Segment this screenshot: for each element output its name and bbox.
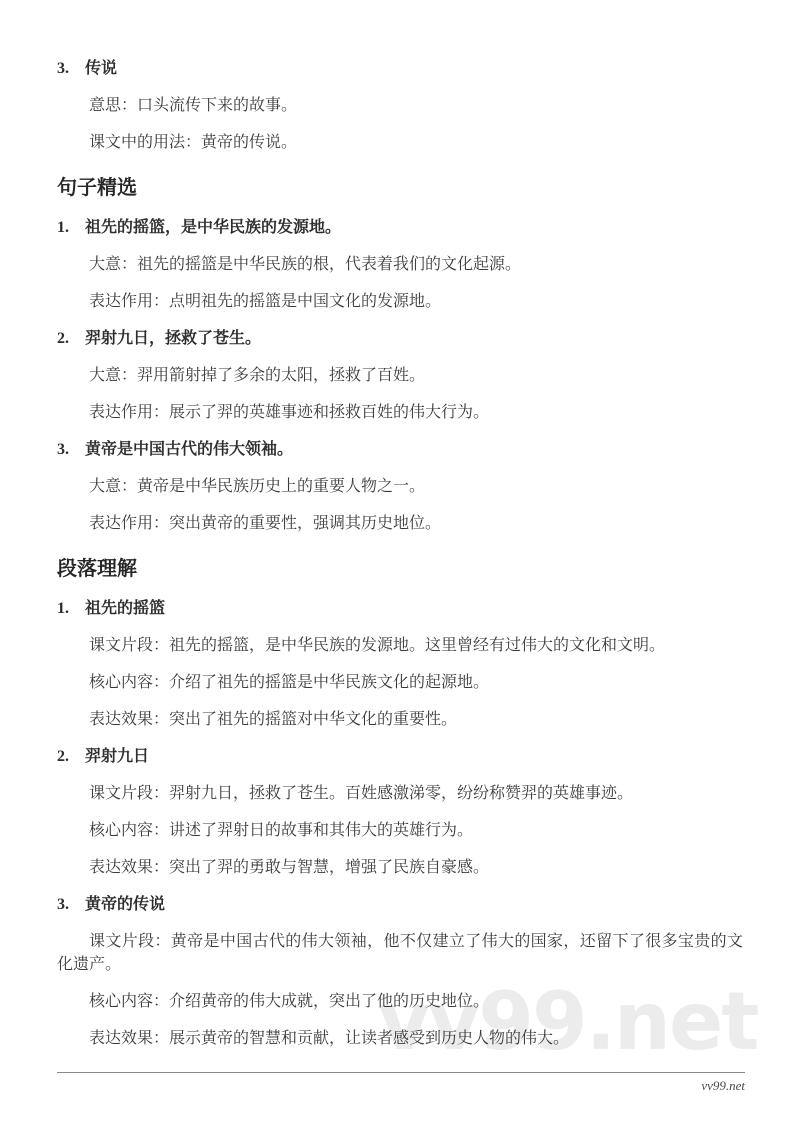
sentence-item-title: 1.祖先的摇篮，是中华民族的发源地。 bbox=[57, 216, 743, 239]
document-content: 3.传说 意思：口头流传下来的故事。 课文中的用法：黄帝的传说。 句子精选 1.… bbox=[0, 0, 800, 1050]
paragraph-item-title: 2.羿射九日 bbox=[57, 745, 743, 768]
sentence-title: 祖先的摇篮，是中华民族的发源地。 bbox=[85, 219, 341, 236]
section-heading-sentences: 句子精选 bbox=[57, 174, 743, 202]
paragraph-title: 黄帝的传说 bbox=[85, 896, 165, 913]
paragraph-item-title: 1.祖先的摇篮 bbox=[57, 597, 743, 620]
sentence-item-title: 2.羿射九日，拯救了苍生。 bbox=[57, 327, 743, 350]
footer-site-label: vv99.net bbox=[701, 1078, 745, 1094]
paragraph-excerpt: 课文片段：羿射九日，拯救了苍生。百姓感激涕零，纷纷称赞羿的英雄事迹。 bbox=[57, 782, 743, 805]
sentence-item-title: 3.黄帝是中国古代的伟大领袖。 bbox=[57, 438, 743, 461]
vocab-item-number: 3. bbox=[57, 57, 85, 80]
sentence-gist: 大意：黄帝是中华民族历史上的重要人物之一。 bbox=[57, 475, 743, 498]
paragraph-excerpt: 课文片段：祖先的摇篮，是中华民族的发源地。这里曾经有过伟大的文化和文明。 bbox=[57, 634, 743, 657]
paragraph-item-title: 3.黄帝的传说 bbox=[57, 893, 743, 916]
vocab-meaning: 意思：口头流传下来的故事。 bbox=[57, 94, 743, 117]
footer-divider bbox=[57, 1072, 745, 1073]
sentence-effect: 表达作用：点明祖先的摇篮是中国文化的发源地。 bbox=[57, 290, 743, 313]
sentence-title: 黄帝是中国古代的伟大领袖。 bbox=[85, 441, 293, 458]
item-number: 1. bbox=[57, 216, 85, 239]
sentence-gist: 大意：祖先的摇篮是中华民族的根，代表着我们的文化起源。 bbox=[57, 253, 743, 276]
paragraph-core: 核心内容：介绍了祖先的摇篮是中华民族文化的起源地。 bbox=[57, 671, 743, 694]
item-number: 2. bbox=[57, 745, 85, 768]
paragraph-title: 祖先的摇篮 bbox=[85, 600, 165, 617]
paragraph-excerpt: 课文片段：黄帝是中国古代的伟大领袖，他不仅建立了伟大的国家，还留下了很多宝贵的文… bbox=[57, 930, 743, 976]
paragraph-title: 羿射九日 bbox=[85, 748, 149, 765]
paragraph-core: 核心内容：讲述了羿射日的故事和其伟大的英雄行为。 bbox=[57, 819, 743, 842]
item-number: 3. bbox=[57, 438, 85, 461]
paragraph-effect: 表达效果：突出了羿的勇敢与智慧，增强了民族自豪感。 bbox=[57, 856, 743, 879]
sentence-effect: 表达作用：展示了羿的英雄事迹和拯救百姓的伟大行为。 bbox=[57, 401, 743, 424]
section-heading-paragraphs: 段落理解 bbox=[57, 555, 743, 583]
vocab-item-title: 3.传说 bbox=[57, 57, 743, 80]
sentence-gist: 大意：羿用箭射掉了多余的太阳，拯救了百姓。 bbox=[57, 364, 743, 387]
paragraph-effect: 表达效果：突出了祖先的摇篮对中华文化的重要性。 bbox=[57, 708, 743, 731]
item-number: 1. bbox=[57, 597, 85, 620]
vocab-term: 传说 bbox=[85, 60, 117, 77]
vocab-usage: 课文中的用法：黄帝的传说。 bbox=[57, 131, 743, 154]
item-number: 3. bbox=[57, 893, 85, 916]
sentence-title: 羿射九日，拯救了苍生。 bbox=[85, 330, 261, 347]
paragraph-effect: 表达效果：展示黄帝的智慧和贡献，让读者感受到历史人物的伟大。 bbox=[57, 1027, 743, 1050]
paragraph-core: 核心内容：介绍黄帝的伟大成就，突出了他的历史地位。 bbox=[57, 990, 743, 1013]
item-number: 2. bbox=[57, 327, 85, 350]
sentence-effect: 表达作用：突出黄帝的重要性，强调其历史地位。 bbox=[57, 512, 743, 535]
